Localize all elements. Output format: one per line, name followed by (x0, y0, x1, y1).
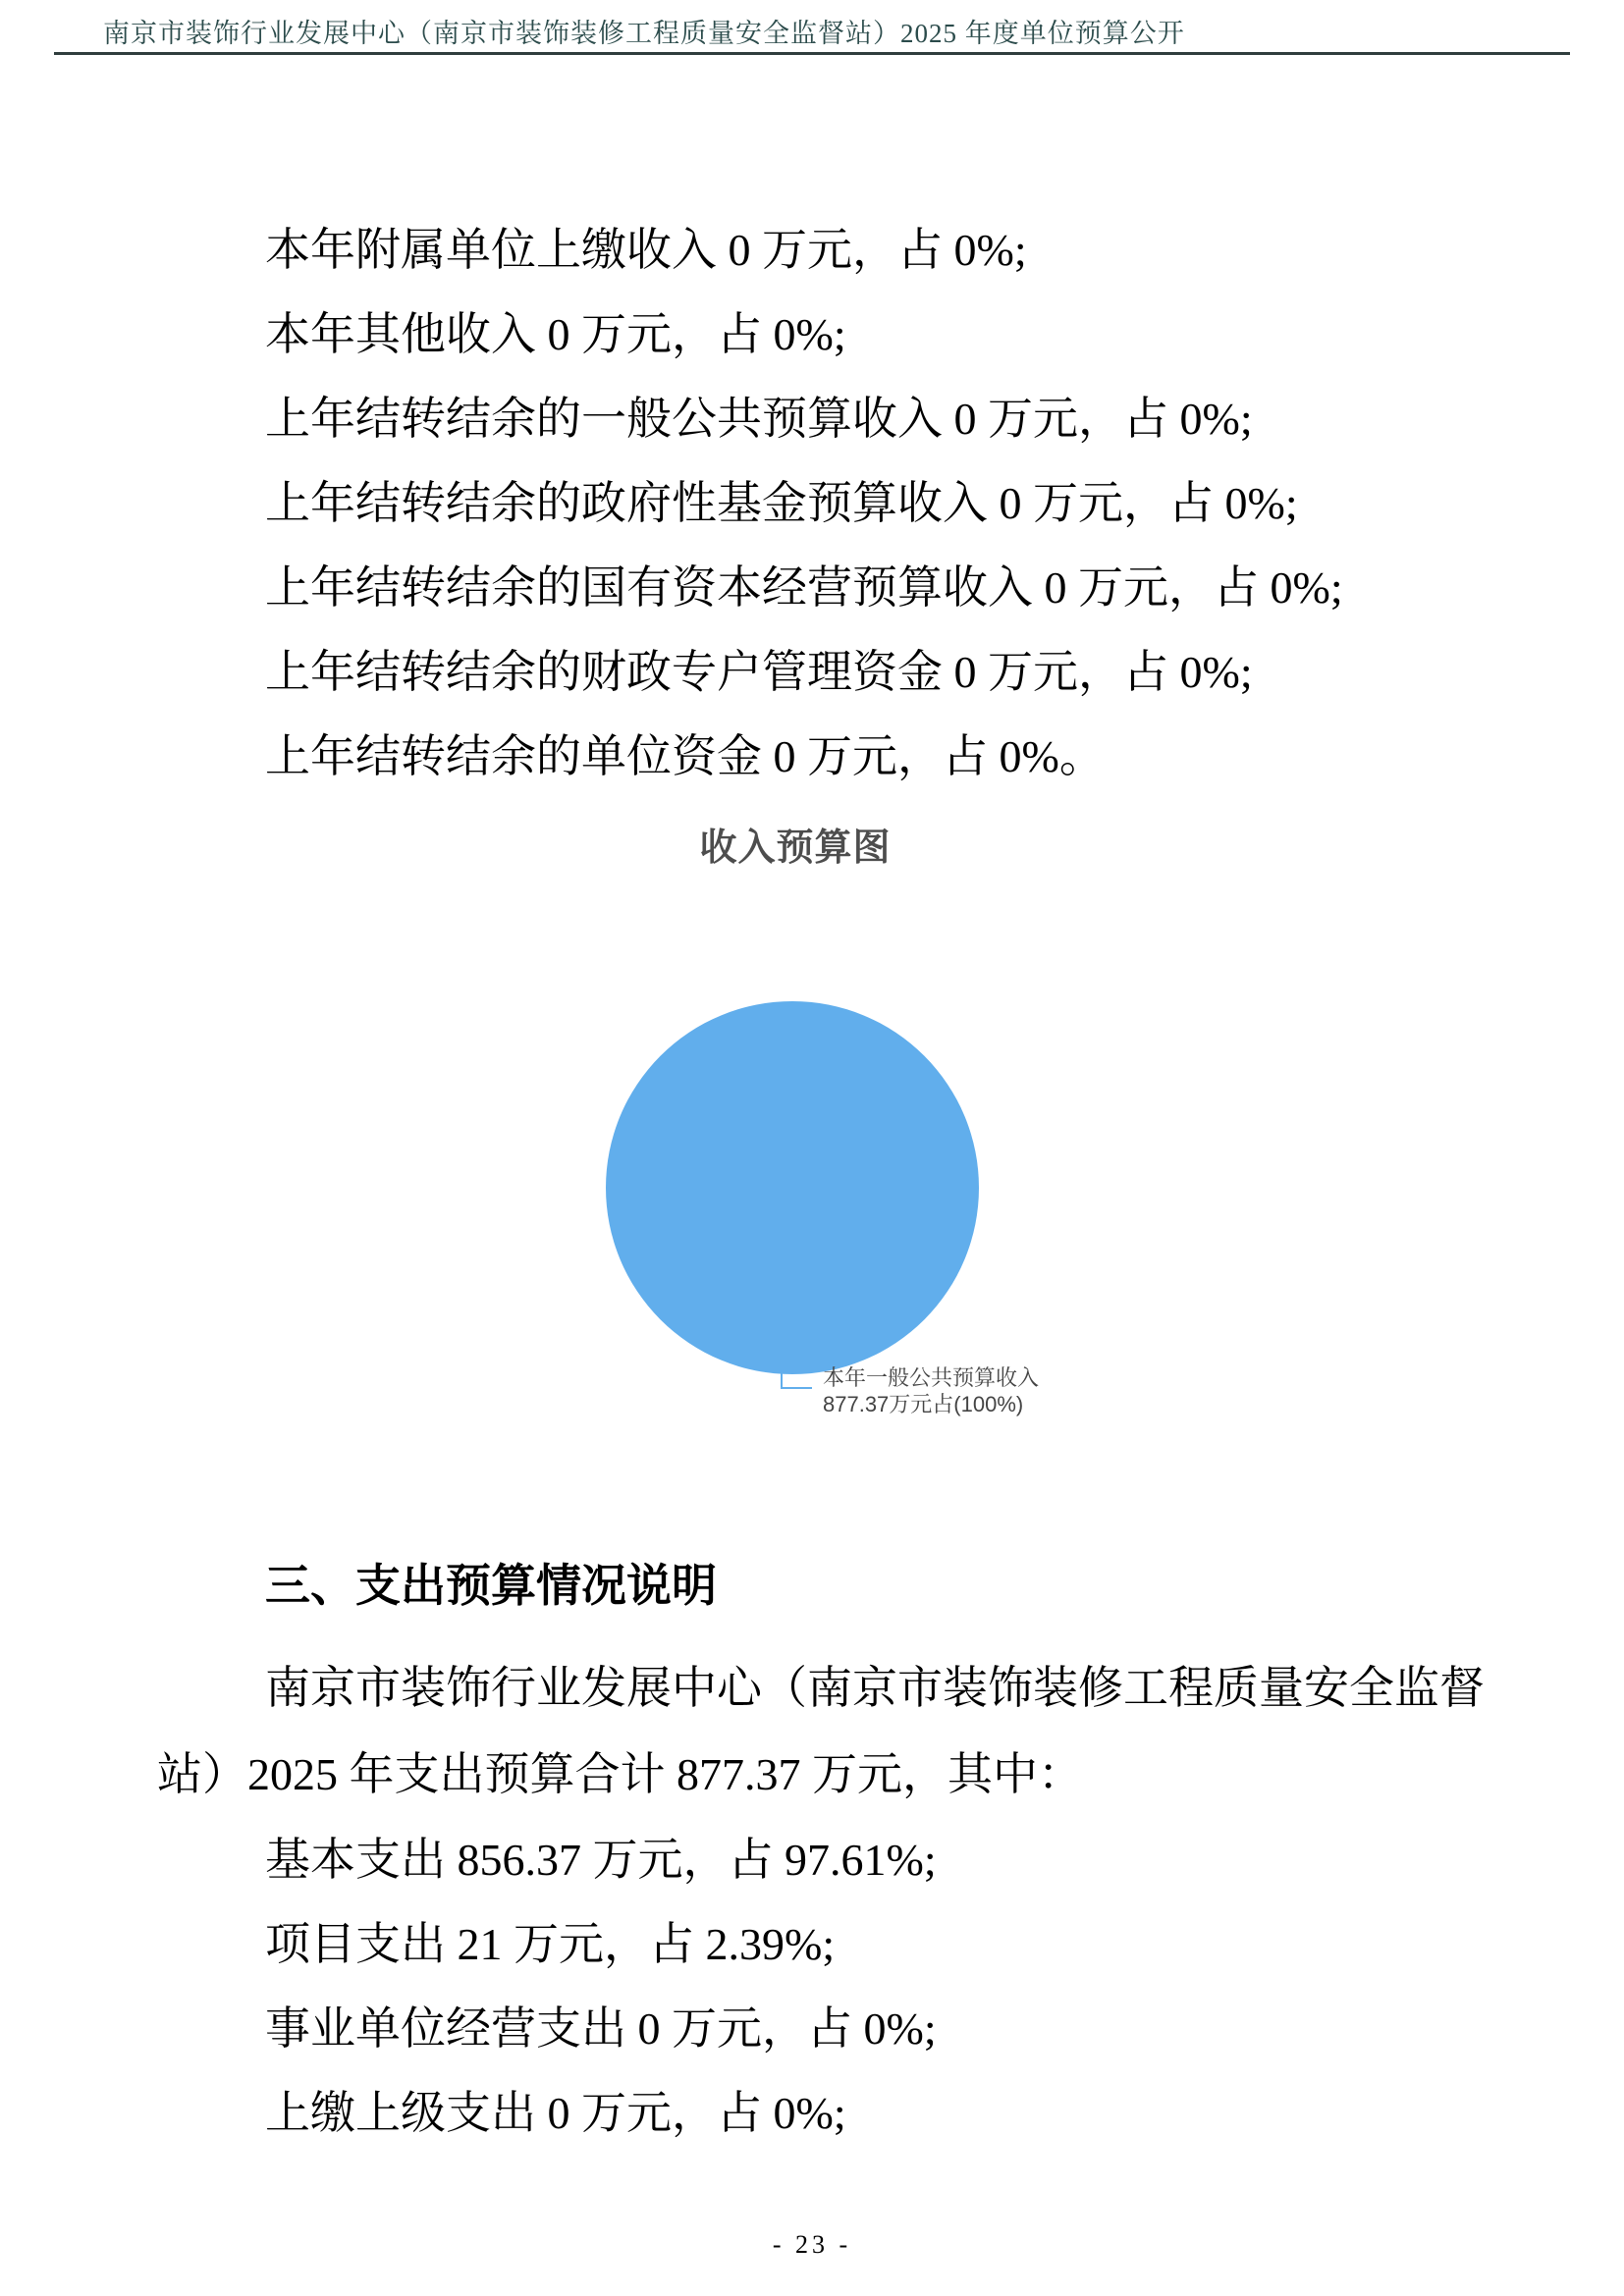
income-chart-title: 收入预算图 (157, 817, 1434, 871)
document-page: 南京市装饰行业发展中心（南京市装饰装修工程质量安全监督站）2025 年度单位预算… (0, 0, 1624, 2296)
income-pie-chart (606, 1001, 979, 1374)
document-header-title: 南京市装饰行业发展中心（南京市装饰装修工程质量安全监督站）2025 年度单位预算… (103, 12, 1185, 50)
income-line: 本年其他收入 0 万元，占 0%; (157, 293, 1565, 377)
income-line: 上年结转结余的财政专户管理资金 0 万元，占 0%; (157, 630, 1565, 715)
header-rule (54, 52, 1570, 55)
pie-slice-label-name: 本年一般公共预算收入 (823, 1364, 1039, 1391)
pie-slice-label-value: 877.37万元占(100%) (823, 1391, 1039, 1417)
expense-section-heading: 三、支出预算情况说明 (157, 1543, 1565, 1628)
expense-section: 三、支出预算情况说明 南京市装饰行业发展中心（南京市装饰装修工程质量安全监督 站… (157, 1543, 1565, 2156)
expense-intro-line: 站）2025 年支出预算合计 877.37 万元，其中： (157, 1732, 1565, 1818)
expense-intro-line: 南京市装饰行业发展中心（南京市装饰装修工程质量安全监督 (157, 1645, 1565, 1732)
page-number: - 23 - (0, 2230, 1624, 2260)
income-paragraphs: 本年附属单位上缴收入 0 万元，占 0%; 本年其他收入 0 万元，占 0%; … (157, 208, 1565, 799)
income-line: 上年结转结余的一般公共预算收入 0 万元，占 0%; (157, 377, 1565, 461)
pie-slice-label: 本年一般公共预算收入 877.37万元占(100%) (823, 1364, 1039, 1417)
income-line: 本年附属单位上缴收入 0 万元，占 0%; (157, 208, 1565, 293)
expense-line: 上缴上级支出 0 万元，占 0%; (157, 2071, 1565, 2156)
income-line: 上年结转结余的单位资金 0 万元，占 0%。 (157, 715, 1565, 799)
expense-line: 事业单位经营支出 0 万元，占 0%; (157, 1987, 1565, 2071)
income-line: 上年结转结余的政府性基金预算收入 0 万元，占 0%; (157, 461, 1565, 546)
pie-callout-leader-line (781, 1365, 812, 1389)
expense-line: 基本支出 856.37 万元，占 97.61%; (157, 1818, 1565, 1902)
income-line: 上年结转结余的国有资本经营预算收入 0 万元，占 0%; (157, 546, 1565, 630)
expense-line: 项目支出 21 万元，占 2.39%; (157, 1902, 1565, 1987)
